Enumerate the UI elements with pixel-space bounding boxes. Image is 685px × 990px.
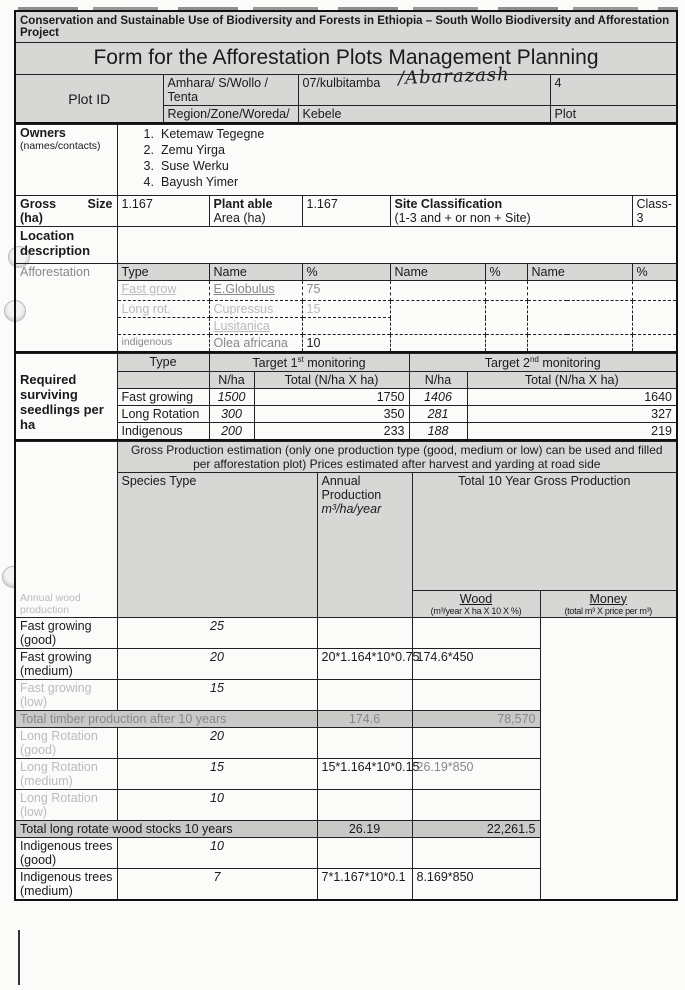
t1-nha[interactable]: 200 (209, 423, 254, 441)
wood-value[interactable] (317, 728, 412, 759)
gross-production-rows: Fast growing (good)25Fast growing (mediu… (15, 618, 677, 901)
t2-nha[interactable]: 188 (409, 423, 467, 441)
species-type: Indigenous trees (medium) (15, 869, 117, 901)
plot-id-label: Plot ID (15, 75, 163, 124)
project-header: Conservation and Sustainable Use of Biod… (15, 11, 677, 43)
aff-pct-3[interactable] (632, 335, 677, 353)
money-value[interactable] (412, 618, 540, 649)
aff-pct[interactable]: 10 (302, 335, 390, 353)
aff-header-name: Name (209, 264, 302, 281)
location-value[interactable] (117, 227, 677, 264)
gross-production-section: Annual wood production Gross Production … (14, 441, 678, 901)
aff-pct-2[interactable] (485, 301, 527, 335)
region-value[interactable]: Amhara/ S/Wollo / Tenta (163, 75, 298, 106)
annual-production[interactable]: 15 (117, 759, 317, 790)
t1-nha[interactable]: 300 (209, 406, 254, 423)
aff-pct-2[interactable] (485, 281, 527, 301)
production-row: Long Rotation (good)20 (15, 728, 677, 759)
t2-total[interactable]: 219 (467, 423, 677, 441)
money-header: Money(total m³ X price per m³) (540, 590, 677, 618)
margin-mark (18, 930, 20, 985)
total-10-year-header: Total 10 Year Gross Production (412, 473, 677, 590)
annual-production[interactable]: 7 (117, 869, 317, 901)
t1-total[interactable]: 1750 (254, 389, 409, 406)
form-title: Form for the Afforestation Plots Managem… (15, 43, 677, 75)
owners-label: Owners (20, 126, 113, 140)
aff-pct-3[interactable] (632, 281, 677, 301)
species-type: Long Rotation (medium) (15, 759, 117, 790)
wood-value[interactable] (317, 790, 412, 821)
aff-pct[interactable]: 75 (302, 281, 390, 301)
production-row: Long Rotation (medium)1515*1.164*10*0.15… (15, 759, 677, 790)
aff-header-name-2: Name (390, 264, 485, 281)
t1-nha[interactable]: 1500 (209, 389, 254, 406)
aff-header-pct-2: % (485, 264, 527, 281)
gross-production-intro: Gross Production estimation (only one pr… (117, 442, 677, 473)
owner-item: 3. Suse Werku (144, 158, 673, 174)
owners-label-cell: Owners (names/contacts) (15, 125, 117, 196)
plantable-value[interactable]: 1.167 (302, 196, 390, 227)
total-money[interactable]: 22,261.5 (412, 821, 540, 838)
annual-production[interactable]: 20 (117, 728, 317, 759)
t2-total[interactable]: 327 (467, 406, 677, 423)
plot-value[interactable]: 4 (550, 75, 677, 106)
aff-name[interactable]: Lusitanica (209, 318, 302, 335)
total-wood[interactable]: 174.6 (317, 711, 412, 728)
owners-section: Owners (names/contacts) 1. Ketemaw Tegeg… (14, 124, 678, 353)
aff-name-2[interactable] (390, 335, 485, 353)
money-value[interactable]: 8.169*850 (412, 869, 540, 901)
production-row: Indigenous trees (good)10 (15, 838, 677, 869)
total-wood[interactable]: 26.19 (317, 821, 412, 838)
wood-header: Wood(m³/year X ha X 10 X %) (412, 590, 540, 618)
aff-name[interactable]: Cupressus (209, 301, 302, 318)
species-type: Fast growing (good) (15, 618, 117, 649)
aff-pct-2[interactable] (485, 335, 527, 353)
wood-value[interactable]: 15*1.164*10*0.15 (317, 759, 412, 790)
aff-type: Fast grow (117, 281, 209, 301)
total-row: Total timber production after 10 years17… (15, 711, 677, 728)
site-classification-label: Site Classification(1-3 and + or non + S… (390, 196, 632, 227)
aff-name[interactable]: E.Globulus (209, 281, 302, 301)
money-value[interactable] (412, 680, 540, 711)
t2-nha[interactable]: 1406 (409, 389, 467, 406)
money-value[interactable]: 174.6*450 (412, 649, 540, 680)
total-money[interactable]: 78,570 (412, 711, 540, 728)
species-type: Long Rotation (good) (15, 728, 117, 759)
seedling-type: Fast growing (117, 389, 209, 406)
species-type: Fast growing (low) (15, 680, 117, 711)
aff-name-3[interactable] (527, 301, 632, 335)
aff-name-3[interactable] (527, 281, 632, 301)
afforestation-form: Conservation and Sustainable Use of Biod… (14, 10, 678, 901)
money-value[interactable]: 26.19*850 (412, 759, 540, 790)
money-value[interactable] (412, 728, 540, 759)
production-row: Fast growing (low)15 (15, 680, 677, 711)
aff-type (117, 318, 209, 335)
aff-name-3[interactable] (527, 335, 632, 353)
aff-pct[interactable] (302, 318, 390, 335)
wood-value[interactable]: 20*1.164*10*0.75 (317, 649, 412, 680)
annual-production[interactable]: 20 (117, 649, 317, 680)
owners-list-cell[interactable]: 1. Ketemaw Tegegne 2. Zemu Yirga 3. Suse… (117, 125, 677, 196)
aff-header-pct-3: % (632, 264, 677, 281)
annual-production[interactable]: 10 (117, 838, 317, 869)
gross-size-value[interactable]: 1.167 (117, 196, 209, 227)
total-row: Total long rotate wood stocks 10 years26… (15, 821, 677, 838)
target1-header: Target 1st monitoring (209, 354, 409, 372)
t1-nha-header: N/ha (209, 372, 254, 389)
total-label: Total long rotate wood stocks 10 years (15, 821, 317, 838)
production-row: Long Rotation (low)10 (15, 790, 677, 821)
aff-header-type: Type (117, 264, 209, 281)
production-row: Indigenous trees (medium)77*1.167*10*0.1… (15, 869, 677, 901)
owners-list: 1. Ketemaw Tegegne 2. Zemu Yirga 3. Suse… (122, 126, 673, 190)
annual-production[interactable]: 10 (117, 790, 317, 821)
aff-header-name-3: Name (527, 264, 632, 281)
form-header: Conservation and Sustainable Use of Biod… (14, 10, 678, 124)
t1-total-header: Total (N/ha X ha) (254, 372, 409, 389)
region-label: Region/Zone/Woreda/ (163, 106, 298, 124)
money-value[interactable] (412, 790, 540, 821)
production-row: Fast growing (good)25 (15, 618, 677, 649)
location-label: Locationdescription (15, 227, 117, 264)
aff-name[interactable]: Olea africana (209, 335, 302, 353)
t2-total-header: Total (N/ha X ha) (467, 372, 677, 389)
aff-type: Long rot. (117, 301, 209, 318)
blank-cell (117, 372, 209, 389)
wood-value[interactable] (317, 618, 412, 649)
owner-item: 4. Bayush Yimer (144, 174, 673, 190)
gross-production-side-label: Annual wood production (15, 442, 117, 618)
species-type: Fast growing (medium) (15, 649, 117, 680)
plantable-label: Plant ableArea (ha) (209, 196, 302, 227)
wood-value[interactable]: 7*1.167*10*0.1 (317, 869, 412, 901)
t1-total[interactable]: 350 (254, 406, 409, 423)
kebele-handwritten: /Abarazash (398, 64, 510, 89)
t2-nha[interactable]: 281 (409, 406, 467, 423)
kebele-label: Kebele (298, 106, 550, 124)
afforestation-label: Afforestation (15, 264, 117, 353)
plot-label: Plot (550, 106, 677, 124)
owner-item: 1. Ketemaw Tegegne (144, 126, 673, 142)
total-label: Total timber production after 10 years (15, 711, 317, 728)
species-type: Indigenous trees (good) (15, 838, 117, 869)
t1-total[interactable]: 233 (254, 423, 409, 441)
aff-name-2[interactable] (390, 301, 485, 335)
seedlings-label: Required surviving seedlings per ha (15, 354, 117, 441)
aff-pct[interactable]: 15 (302, 301, 390, 318)
owners-sublabel: (names/contacts) (20, 140, 113, 152)
aff-header-pct: % (302, 264, 390, 281)
seedlings-section: Required surviving seedlings per ha Type… (14, 353, 678, 441)
species-header: Species Type (117, 473, 317, 618)
wood-value[interactable] (317, 680, 412, 711)
aff-name-2[interactable] (390, 281, 485, 301)
site-classification-value[interactable]: Class-3 (632, 196, 677, 227)
owner-item: 2. Zemu Yirga (144, 142, 673, 158)
annual-header: AnnualProductionm³/ha/year (317, 473, 412, 618)
wood-value[interactable] (317, 838, 412, 869)
seedling-type: Long Rotation (117, 406, 209, 423)
production-row: Fast growing (medium)2020*1.164*10*0.751… (15, 649, 677, 680)
species-type: Long Rotation (low) (15, 790, 117, 821)
seedlings-type-header: Type (117, 354, 209, 372)
money-value[interactable] (412, 838, 540, 869)
t2-nha-header: N/ha (409, 372, 467, 389)
aff-pct-3[interactable] (632, 301, 677, 335)
annual-production[interactable]: 15 (117, 680, 317, 711)
seedling-type: Indigenous (117, 423, 209, 441)
aff-type: indigenous (117, 335, 209, 353)
t2-total[interactable]: 1640 (467, 389, 677, 406)
annual-production[interactable]: 25 (117, 618, 317, 649)
target2-header: Target 2nd monitoring (409, 354, 677, 372)
gross-size-label: GrossSize(ha) (15, 196, 117, 227)
